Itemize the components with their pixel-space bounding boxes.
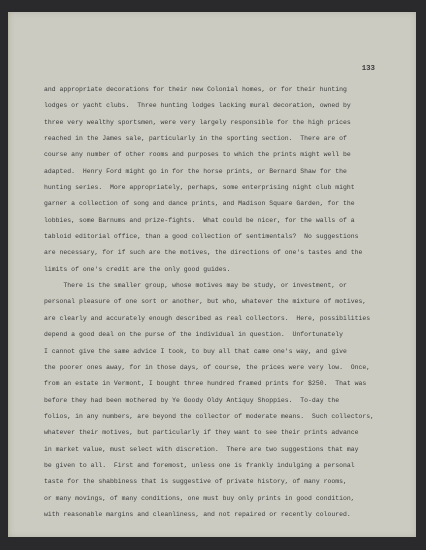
text-line: garner a collection of song and dance pr…	[44, 196, 394, 212]
text-line: personal pleasure of one sort or another…	[44, 294, 394, 310]
text-line: course any number of other rooms and pur…	[44, 147, 394, 163]
text-line: lodges or yacht clubs. Three hunting lod…	[44, 98, 394, 114]
typewritten-page: 133 and appropriate decorations for thei…	[8, 12, 416, 537]
text-line: I cannot give the same advice I took, to…	[44, 344, 394, 360]
text-line: tabloid editorial office, than a good co…	[44, 229, 394, 245]
text-line: reached in the James sale, particularly …	[44, 131, 394, 147]
text-line: lobbies, some Barnums and prize-fights. …	[44, 213, 394, 229]
text-line: limits of one's credit are the only good…	[44, 262, 394, 278]
text-line: are necessary, for if such are the motiv…	[44, 245, 394, 261]
text-line: adapted. Henry Ford might go in for the …	[44, 164, 394, 180]
text-line: folios, in any numbers, are beyond the c…	[44, 409, 394, 425]
text-line: the poorer ones away, for in those days,…	[44, 360, 394, 376]
text-line: from an estate in Vermont, I bought thre…	[44, 376, 394, 392]
text-line: before they had been mothered by Ye Good…	[44, 393, 394, 409]
text-line: depend a good deal on the purse of the i…	[44, 327, 394, 343]
text-line: or many movings, of many conditions, one…	[44, 491, 394, 507]
text-line: hunting series. More appropriately, perh…	[44, 180, 394, 196]
text-line: are clearly and accurately enough descri…	[44, 311, 394, 327]
body-text: and appropriate decorations for their ne…	[44, 82, 394, 523]
text-line: There is the smaller group, whose motive…	[44, 278, 394, 294]
text-line: three very wealthy sportsmen, were very …	[44, 115, 394, 131]
text-line: and appropriate decorations for their ne…	[44, 82, 394, 98]
text-line: taste for the shabbiness that is suggest…	[44, 474, 394, 490]
text-line: in market value, must select with discre…	[44, 442, 394, 458]
text-line: with reasonable margins and cleanliness,…	[44, 507, 394, 523]
text-line: whatever their motives, but particularly…	[44, 425, 394, 441]
page-number: 133	[362, 65, 375, 73]
text-line: be given to all. First and foremost, unl…	[44, 458, 394, 474]
